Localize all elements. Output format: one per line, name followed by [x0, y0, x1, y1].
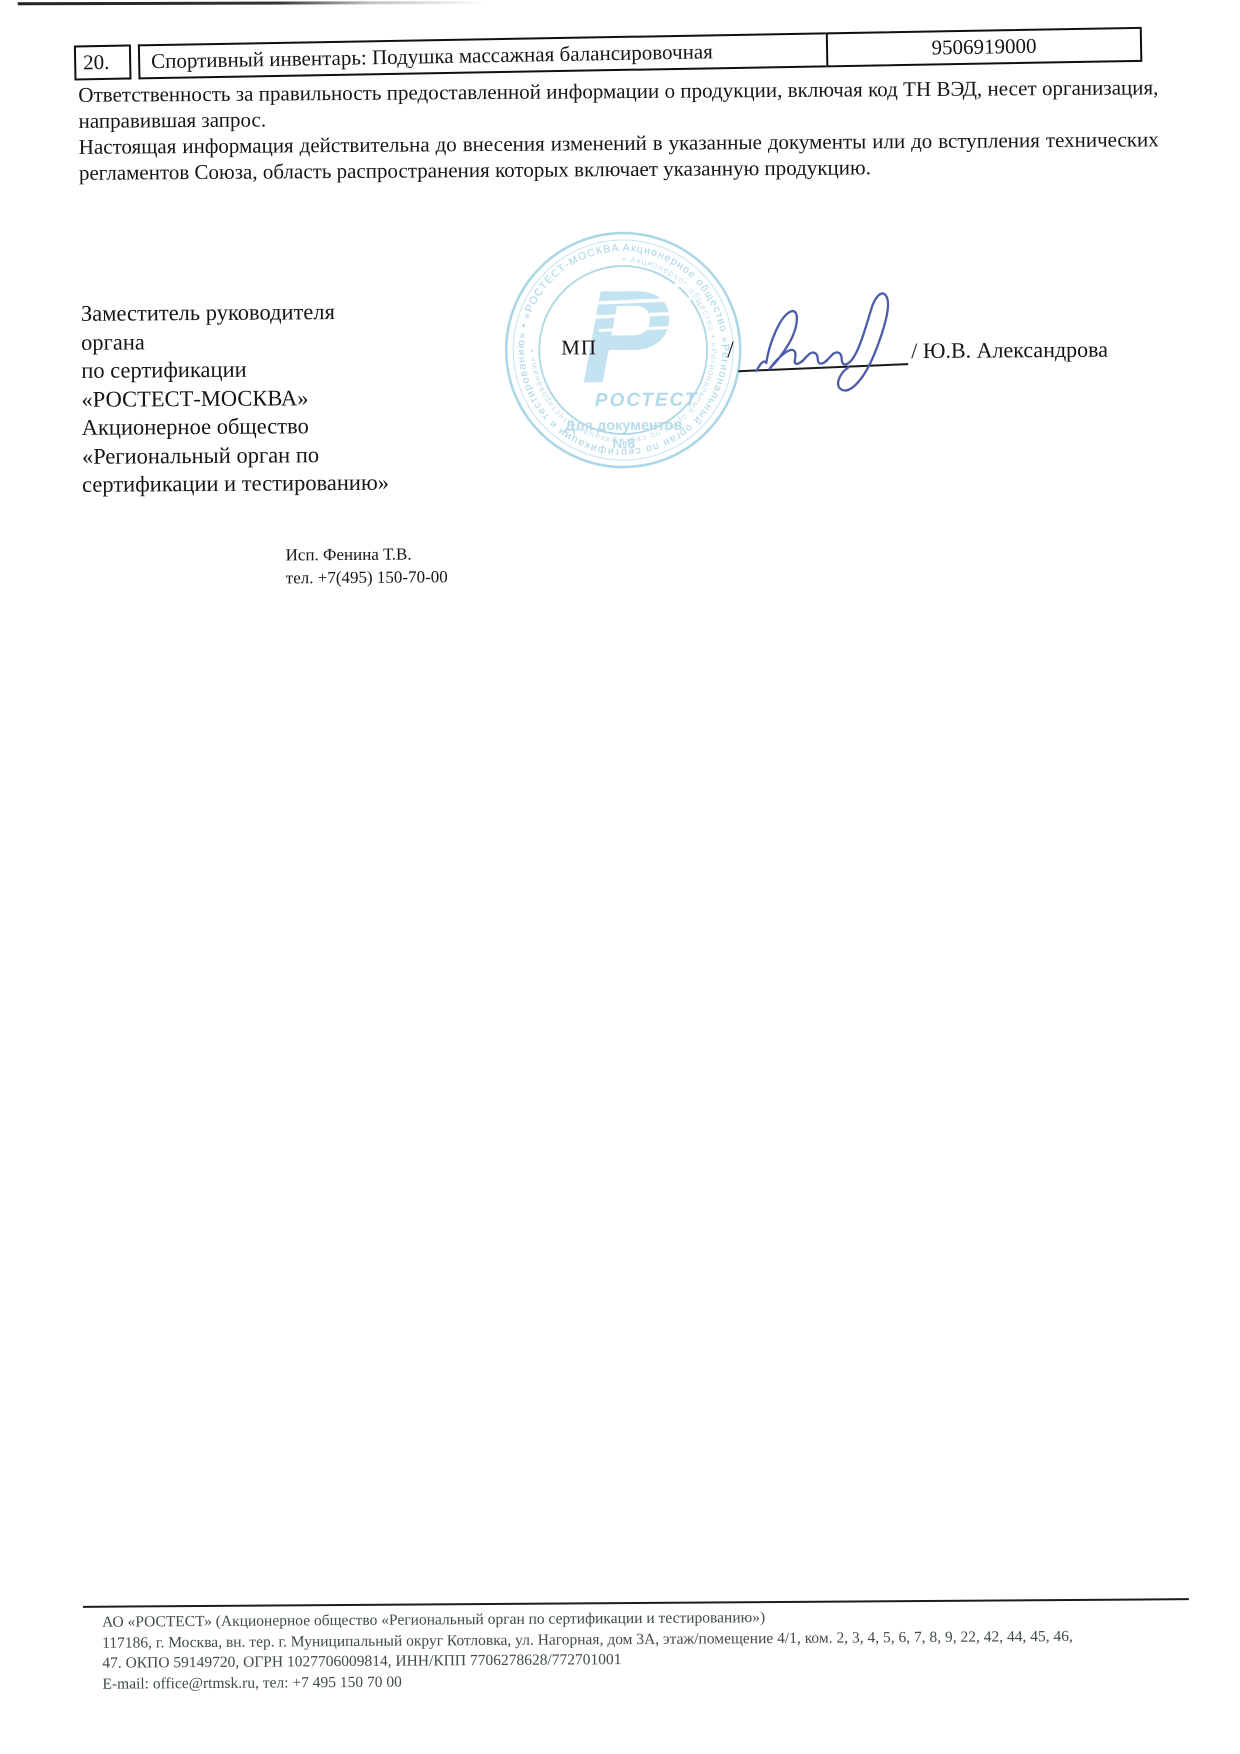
stamp-number-text: №8 [612, 436, 635, 451]
footer-requisites: АО «РОСТЕСТ» (Акционерное общество «Реги… [102, 1605, 1193, 1695]
executor-name: Исп. Фенина Т.В. [286, 542, 448, 566]
tnved-code-cell: 9506919000 [826, 27, 1143, 68]
executor-phone: тел. +7(495) 150-70-00 [286, 565, 448, 589]
row-number: 20. [83, 50, 110, 75]
product-table-row: 20. Спортивный инвентарь: Подушка массаж… [74, 27, 1144, 81]
tnved-code: 9506919000 [931, 34, 1036, 61]
product-name: Спортивный инвентарь: Подушка массажная … [151, 39, 713, 74]
row-number-cell: 20. [74, 44, 132, 80]
rostest-logo: Р [581, 263, 692, 411]
handwritten-signature [744, 270, 923, 403]
responsibility-paragraph: Ответственность за правильность предоста… [78, 74, 1158, 134]
validity-paragraph: Настоящая информация действительна до вн… [79, 126, 1159, 186]
stamp-purpose-text: Для документов [565, 418, 683, 435]
stamp-brand-text: РОСТЕСТ [595, 390, 698, 412]
signature-slash: / [727, 337, 734, 364]
executor-block: Исп. Фенина Т.В. тел. +7(495) 150-70-00 [286, 542, 448, 589]
rostest-stamp-seal: Акционерное общество «Региональный орган… [502, 229, 744, 471]
product-name-cell: Спортивный инвентарь: Подушка массажная … [138, 32, 827, 79]
document-page: 20. Спортивный инвентарь: Подушка массаж… [0, 0, 1240, 1754]
scan-artifact-line [18, 1, 488, 5]
signatory-name: / Ю.В. Александрова [911, 337, 1108, 364]
signatory-position-block: Заместитель руководителя органа по серти… [81, 297, 442, 499]
mp-label: МП [561, 335, 597, 360]
